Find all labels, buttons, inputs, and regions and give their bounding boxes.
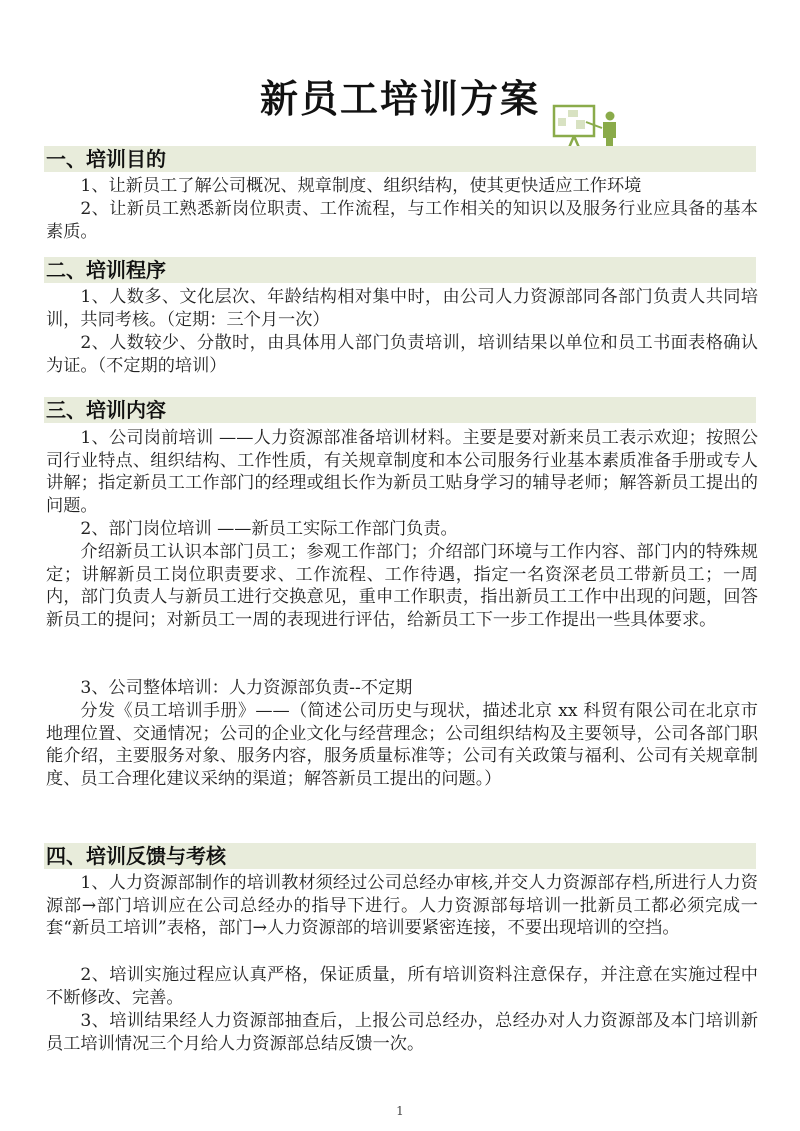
section-heading: 三、培训内容 — [46, 397, 166, 423]
paragraph: 2、培训实施过程应认真严格，保证质量，所有培训资料注意保存，并注意在实施过程中不… — [46, 964, 758, 1009]
page-number: 1 — [0, 1104, 800, 1118]
section-heading: 二、培训程序 — [46, 257, 166, 283]
section-heading: 一、培训目的 — [46, 146, 166, 172]
paragraph: 介绍新员工认识本部门员工；参观工作部门；介绍部门环境与工作内容、部门内的特殊规定… — [46, 541, 758, 631]
paragraph: 1、人力资源部制作的培训教材须经过公司总经办审核,并交人力资源部存档,所进行人力… — [46, 872, 758, 940]
paragraph: 1、人数多、文化层次、年龄结构相对集中时，由公司人力资源部同各部门负责人共同培训… — [46, 286, 758, 331]
paragraph: 1、公司岗前培训 ——人力资源部准备培训材料。主要是要对新来员工表示欢迎；按照公… — [46, 427, 758, 517]
paragraph: 3、培训结果经人力资源部抽查后，上报公司总经办，总经办对人力资源部及本门培训新员… — [46, 1010, 758, 1055]
paragraph: 2、部门岗位培训 ——新员工实际工作部门负责。 — [46, 518, 758, 541]
paragraph: 2、让新员工熟悉新岗位职责、工作流程，与工作相关的知识以及服务行业应具备的基本素… — [46, 198, 758, 243]
paragraph: 2、人数较少、分散时，由具体用人部门负责培训，培训结果以单位和员工书面表格确认为… — [46, 332, 758, 377]
section-heading: 四、培训反馈与考核 — [46, 843, 226, 869]
paragraph: 1、让新员工了解公司概况、规章制度、组织结构，使其更快适应工作环境 — [46, 175, 758, 198]
paragraph: 3、公司整体培训：人力资源部负责--不定期 — [46, 677, 758, 700]
paragraph: 分发《员工培训手册》——（简述公司历史与现状，描述北京 xx 科贸有限公司在北京… — [46, 700, 758, 790]
document-title: 新员工培训方案 — [0, 68, 800, 123]
